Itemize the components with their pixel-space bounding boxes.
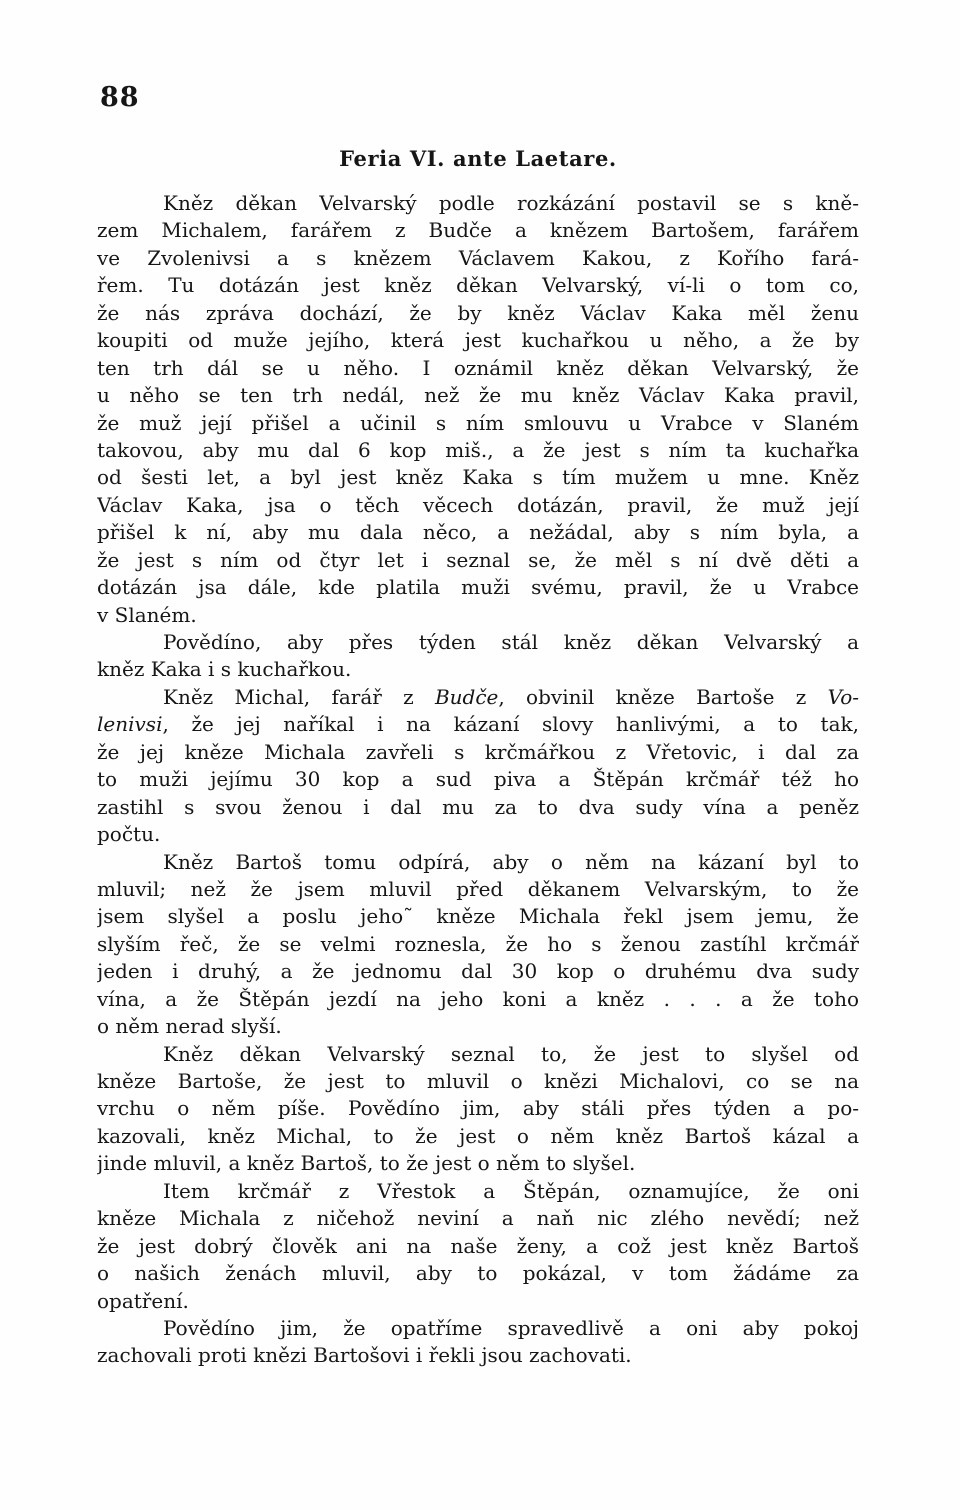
text-line: kněz Kaka i s kuchařkou.	[97, 656, 859, 683]
text-line: ve Zvolenivsi a s knězem Václavem Kakou,…	[97, 245, 859, 272]
plain-text: opatření.	[97, 1289, 189, 1313]
text-line: ten trh dál se u něho. I oznámil kněz dě…	[97, 355, 859, 382]
plain-text: že jest dobrý člověk ani na naše ženy, a…	[97, 1234, 859, 1258]
italic-text: lenivsi	[97, 712, 162, 736]
plain-text: kazovali, kněz Michal, to že jest o něm …	[97, 1124, 859, 1148]
text-line: kazovali, kněz Michal, to že jest o něm …	[97, 1123, 859, 1150]
text-line: že jest s ním od čtyr let i seznal se, ž…	[97, 547, 859, 574]
plain-text: jsem slyšel a poslu jeho˜ kněze Michala …	[97, 904, 859, 928]
plain-text: vína, a že Štěpán jezdí na jeho koni a k…	[97, 987, 859, 1011]
text-line: dotázán jsa dále, kde platila muži svému…	[97, 574, 859, 601]
plain-text: zem Michalem, farářem z Budče a knězem B…	[97, 218, 859, 242]
plain-text: , že jej naříkal i na kázaní slovy hanli…	[162, 712, 859, 736]
plain-text: dotázán jsa dále, kde platila muži svému…	[97, 575, 859, 599]
paragraph: Item krčmář z Vřestok a Štěpán, oznamují…	[97, 1178, 859, 1315]
paragraph: Povědíno, aby přes týden stál kněz děkan…	[97, 629, 859, 684]
plain-text: koupiti od muže jejího, která jest kucha…	[97, 328, 859, 352]
plain-text: zachovali proti knězi Bartošovi i řekli …	[97, 1343, 632, 1367]
text-line: Povědíno jim, že opatříme spravedlivě a …	[97, 1315, 859, 1342]
text-line: mluvil; než že jsem mluvil před děkanem …	[97, 876, 859, 903]
plain-text: Item krčmář z Vřestok a Štěpán, oznamují…	[163, 1179, 859, 1203]
plain-text: Povědíno, aby přes týden stál kněz děkan…	[163, 630, 859, 654]
paragraph: Povědíno jim, že opatříme spravedlivě a …	[97, 1315, 859, 1370]
text-line: u něho se ten trh nedál, než že mu kněz …	[97, 382, 859, 409]
text-line: řem. Tu dotázán jest kněz děkan Velvarsk…	[97, 272, 859, 299]
plain-text: takovou, aby mu dal 6 kop miš., a že jes…	[97, 438, 859, 462]
plain-text: v Slaném.	[97, 603, 197, 627]
text-line: takovou, aby mu dal 6 kop miš., a že jes…	[97, 437, 859, 464]
plain-text: Kněz Michal, farář z	[163, 685, 435, 709]
text-line: Kněz děkan Velvarský podle rozkázání pos…	[97, 190, 859, 217]
plain-text: mluvil; než že jsem mluvil před děkanem …	[97, 877, 859, 901]
plain-text: že jej kněze Michala zavřeli s krčmářkou…	[97, 740, 859, 764]
plain-text: přišel k ní, aby mu dala něco, a nežádal…	[97, 520, 859, 544]
text-line: počtu.	[97, 821, 859, 848]
plain-text: ve Zvolenivsi a s knězem Václavem Kakou,…	[97, 246, 859, 270]
italic-text: Vo-	[828, 685, 859, 709]
plain-text: jeden i druhý, a že jednomu dal 30 kop o…	[97, 959, 859, 983]
text-line: zastihl s svou ženou i dal mu za to dva …	[97, 794, 859, 821]
plain-text: Kněz děkan Velvarský seznal to, že jest …	[163, 1042, 859, 1066]
italic-text: Budče	[435, 685, 498, 709]
text-line: že jej kněze Michala zavřeli s krčmářkou…	[97, 739, 859, 766]
plain-text: že muž její přišel a učinil s ním smlouv…	[97, 411, 859, 435]
text-line: vína, a že Štěpán jezdí na jeho koni a k…	[97, 986, 859, 1013]
text-line: že jest dobrý člověk ani na naše ženy, a…	[97, 1233, 859, 1260]
text-line: přišel k ní, aby mu dala něco, a nežádal…	[97, 519, 859, 546]
plain-text: , obvinil kněze Bartoše z	[498, 685, 827, 709]
text-line: Kněz Michal, farář z Budče, obvinil kněz…	[97, 684, 859, 711]
book-page: 88 Feria VI. ante Laetare. Kněz děkan Ve…	[0, 0, 960, 1510]
text-line: jeden i druhý, a že jednomu dal 30 kop o…	[97, 958, 859, 985]
plain-text: Václav Kaka, jsa o těch věcech dotázán, …	[97, 493, 859, 517]
paragraph: Kněz děkan Velvarský seznal to, že jest …	[97, 1041, 859, 1178]
text-line: Povědíno, aby přes týden stál kněz děkan…	[97, 629, 859, 656]
text-line: zachovali proti knězi Bartošovi i řekli …	[97, 1342, 859, 1369]
body-text: Kněz děkan Velvarský podle rozkázání pos…	[97, 190, 859, 1370]
text-line: opatření.	[97, 1288, 859, 1315]
text-line: o našich ženách mluvil, aby to pokázal, …	[97, 1260, 859, 1287]
plain-text: Kněz děkan Velvarský podle rozkázání pos…	[163, 191, 859, 215]
paragraph: Kněz děkan Velvarský podle rozkázání pos…	[97, 190, 859, 629]
plain-text: zastihl s svou ženou i dal mu za to dva …	[97, 795, 859, 819]
plain-text: ten trh dál se u něho. I oznámil kněz dě…	[97, 356, 859, 380]
text-line: Kněz děkan Velvarský seznal to, že jest …	[97, 1041, 859, 1068]
text-line: o něm nerad slyší.	[97, 1013, 859, 1040]
plain-text: Povědíno jim, že opatříme spravedlivě a …	[163, 1316, 859, 1340]
text-line: zem Michalem, farářem z Budče a knězem B…	[97, 217, 859, 244]
plain-text: vrchu o něm píše. Povědíno jim, aby stál…	[97, 1096, 859, 1120]
plain-text: o našich ženách mluvil, aby to pokázal, …	[97, 1261, 859, 1285]
text-line: slyším řeč, že se velmi roznesla, že ho …	[97, 931, 859, 958]
text-line: jsem slyšel a poslu jeho˜ kněze Michala …	[97, 903, 859, 930]
plain-text: kněze Bartoše, že jest to mluvil o knězi…	[97, 1069, 859, 1093]
plain-text: kněze Michala z ničehož neviní a naň nic…	[97, 1206, 859, 1230]
text-line: to muži jejímu 30 kop a sud piva a Štěpá…	[97, 766, 859, 793]
section-heading: Feria VI. ante Laetare.	[97, 146, 859, 171]
plain-text: od šesti let, a byl jest kněz Kaka s tím…	[97, 465, 859, 489]
plain-text: o něm nerad slyší.	[97, 1014, 282, 1038]
plain-text: kněz Kaka i s kuchařkou.	[97, 657, 351, 681]
text-line: vrchu o něm píše. Povědíno jim, aby stál…	[97, 1095, 859, 1122]
plain-text: Kněz Bartoš tomu odpírá, aby o něm na ká…	[163, 850, 859, 874]
text-line: Václav Kaka, jsa o těch věcech dotázán, …	[97, 492, 859, 519]
plain-text: že jest s ním od čtyr let i seznal se, ž…	[97, 548, 859, 572]
text-line: lenivsi, že jej naříkal i na kázaní slov…	[97, 711, 859, 738]
plain-text: slyším řeč, že se velmi roznesla, že ho …	[97, 932, 859, 956]
plain-text: u něho se ten trh nedál, než že mu kněz …	[97, 383, 859, 407]
text-line: kněze Bartoše, že jest to mluvil o knězi…	[97, 1068, 859, 1095]
text-line: jinde mluvil, a kněz Bartoš, to že jest …	[97, 1150, 859, 1177]
text-line: v Slaném.	[97, 602, 859, 629]
plain-text: počtu.	[97, 822, 160, 846]
text-line: že muž její přišel a učinil s ním smlouv…	[97, 410, 859, 437]
text-line: koupiti od muže jejího, která jest kucha…	[97, 327, 859, 354]
paragraph: Kněz Michal, farář z Budče, obvinil kněz…	[97, 684, 859, 849]
text-line: od šesti let, a byl jest kněz Kaka s tím…	[97, 464, 859, 491]
paragraph: Kněz Bartoš tomu odpírá, aby o něm na ká…	[97, 849, 859, 1041]
plain-text: řem. Tu dotázán jest kněz děkan Velvarsk…	[97, 273, 859, 297]
text-line: Item krčmář z Vřestok a Štěpán, oznamují…	[97, 1178, 859, 1205]
text-line: kněze Michala z ničehož neviní a naň nic…	[97, 1205, 859, 1232]
text-line: že nás zpráva dochází, že by kněz Václav…	[97, 300, 859, 327]
plain-text: to muži jejímu 30 kop a sud piva a Štěpá…	[97, 767, 859, 791]
plain-text: že nás zpráva dochází, že by kněz Václav…	[97, 301, 859, 325]
page-number: 88	[100, 82, 140, 113]
plain-text: jinde mluvil, a kněz Bartoš, to že jest …	[97, 1151, 635, 1175]
text-line: Kněz Bartoš tomu odpírá, aby o něm na ká…	[97, 849, 859, 876]
